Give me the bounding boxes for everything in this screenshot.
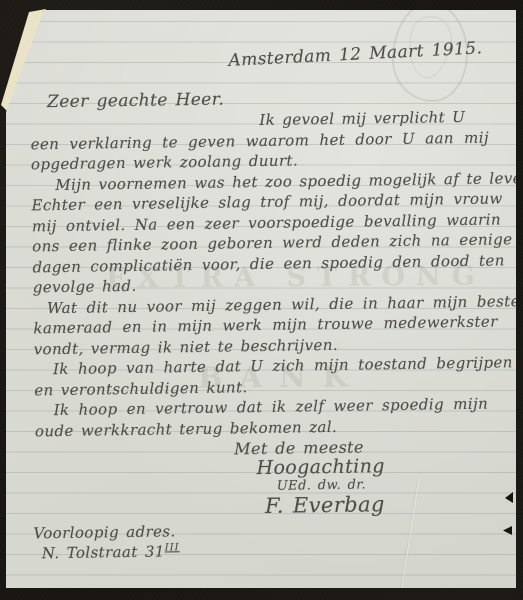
letter-sheet: EXTRA STRONG BANK Amsterdam 12 Maart 191… bbox=[6, 10, 516, 588]
body-line: dagen complicatiën voor, die een spoedig… bbox=[32, 251, 505, 276]
body-line: gevolge had. bbox=[33, 277, 137, 297]
body-line: en verontschuldigen kunt. bbox=[34, 378, 248, 399]
closing-line: Hoogachting bbox=[256, 455, 385, 480]
body-line: Ik hoop en vertrouw dat ik zelf weer spo… bbox=[53, 395, 488, 419]
postscript-line: N. Tolstraat 31III bbox=[42, 542, 180, 562]
body-line: kameraad en in mijn werk mijn trouwe med… bbox=[33, 312, 498, 337]
postscript-line: Voorloopig adres. bbox=[33, 522, 175, 542]
body-line: oude werkkracht terug bekomen zal. bbox=[35, 417, 337, 439]
body-line: Ik gevoel mij verplicht U bbox=[259, 108, 465, 129]
address-text: N. Tolstraat 31 bbox=[42, 542, 165, 562]
address-floor-superscript: III bbox=[165, 542, 180, 553]
letter-dateline: Amsterdam 12 Maart 1915. bbox=[228, 38, 483, 71]
letter-content: Amsterdam 12 Maart 1915. Zeer geachte He… bbox=[6, 10, 516, 588]
body-line: opgedragen werk zoolang duurt. bbox=[31, 151, 298, 173]
photo-background: EXTRA STRONG BANK Amsterdam 12 Maart 191… bbox=[0, 0, 523, 600]
body-line: Ik hoop van harte dat U zich mijn toesta… bbox=[53, 353, 513, 378]
body-line: vondt, vermag ik niet te beschrijven. bbox=[34, 335, 339, 358]
letter-salutation: Zeer geachte Heer. bbox=[47, 90, 224, 113]
signature: F. Everbag bbox=[265, 492, 385, 519]
body-line: een verklaring te geven waarom het door … bbox=[31, 128, 490, 153]
